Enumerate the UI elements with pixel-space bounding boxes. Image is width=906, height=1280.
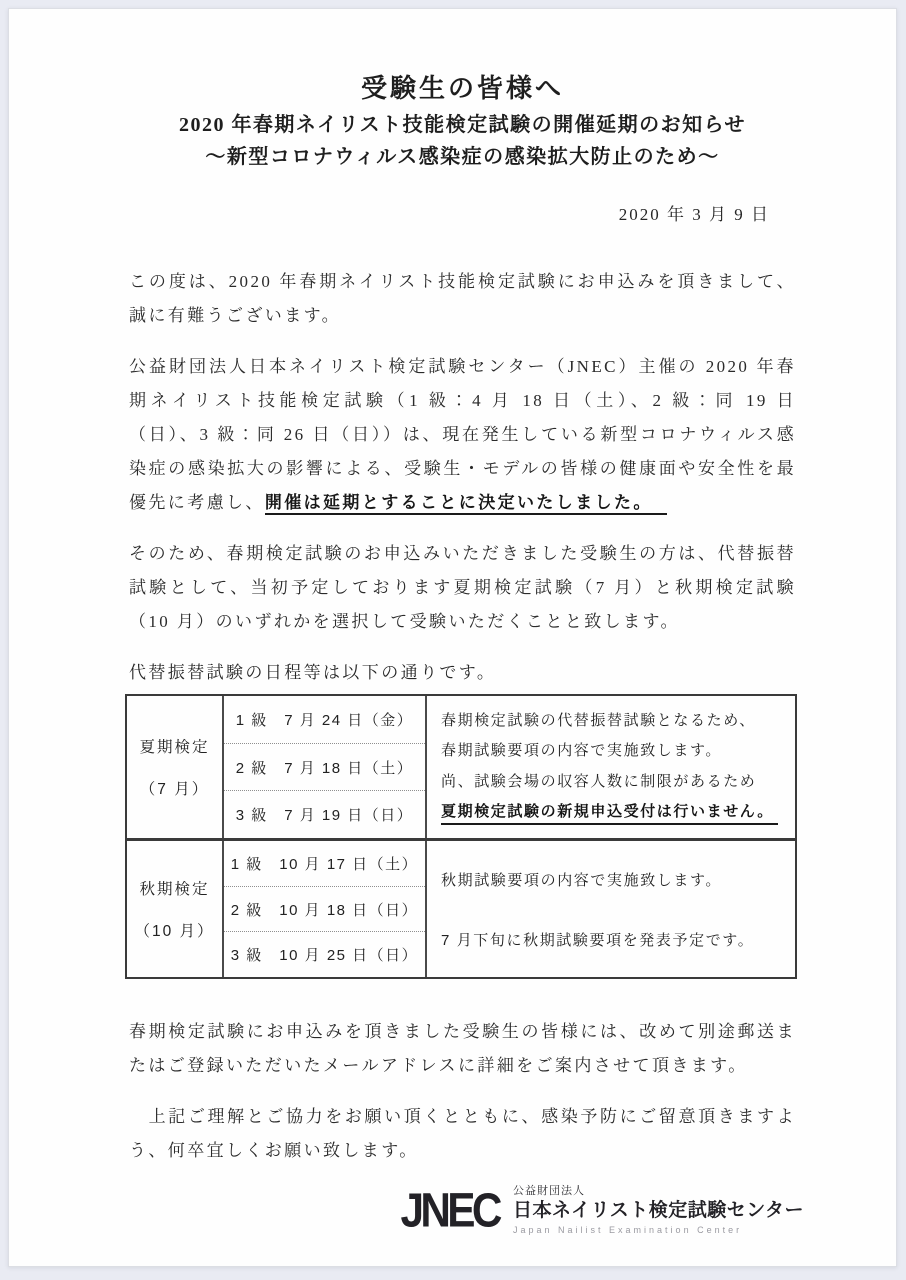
date-cell: 1 級 10 月 17 日（土） (224, 841, 425, 887)
period-cell-summer: 夏期検定 （7 月） (127, 696, 222, 838)
paragraph-alternative: そのため、春期検定試験のお申込みいただきました受験生の方は、代替振替試験として、… (129, 537, 796, 639)
paragraph-postponement-lead: 公益財団法人日本ネイリスト検定試験センター（JNEC）主催の 2020 年春期ネ… (129, 357, 796, 512)
document-content: 受験生の皆様へ 2020 年春期ネイリスト技能検定試験の開催延期のお知らせ ～新… (9, 9, 896, 1236)
schedule-table: 夏期検定 （7 月） 1 級 7 月 24 日（金） 2 級 7 月 18 日（… (125, 694, 797, 979)
period-month: （10 月） (134, 919, 214, 941)
notes-cell-autumn: 秋期試験要項の内容で実施致します。 7 月下旬に秋期試験要項を発表予定です。 (427, 841, 795, 977)
page-title: 受験生の皆様へ (129, 71, 796, 107)
document-date: 2020 年 3 月 9 日 (129, 201, 796, 229)
notes-cell-summer: 春期検定試験の代替振替試験となるため、 春期試験要項の内容で実施致します。 尚、… (427, 696, 795, 838)
org-type-label: 公益財団法人 (513, 1185, 804, 1199)
subtitle-line-2: ～新型コロナウィルス感染症の感染拡大防止のため～ (129, 141, 796, 173)
paragraph-mail-notice: 春期検定試験にお申込みを頂きました受験生の皆様には、改めて別途郵送またはご登録い… (129, 1015, 796, 1083)
period-name: 秋期検定 (139, 877, 209, 899)
org-name-english-label: Japan Nailist Examination Center (513, 1225, 804, 1236)
note-line: 春期検定試験の代替振替試験となるため、 (441, 709, 783, 730)
org-name-label: 日本ネイリスト検定試験センター (513, 1199, 804, 1223)
footer-logo: JNEC 公益財団法人 日本ネイリスト検定試験センター Japan Nailis… (129, 1185, 804, 1236)
period-month: （7 月） (140, 777, 209, 799)
subtitle-line-1: 2020 年春期ネイリスト技能検定試験の開催延期のお知らせ (129, 109, 796, 141)
table-row-summer: 夏期検定 （7 月） 1 級 7 月 24 日（金） 2 級 7 月 18 日（… (127, 696, 795, 838)
period-cell-autumn: 秋期検定 （10 月） (127, 841, 222, 977)
date-cell: 3 級 7 月 19 日（日） (224, 791, 425, 838)
table-row-autumn: 秋期検定 （10 月） 1 級 10 月 17 日（土） 2 級 10 月 18… (127, 838, 795, 977)
date-cell: 1 級 7 月 24 日（金） (224, 696, 425, 744)
document-page: 受験生の皆様へ 2020 年春期ネイリスト技能検定試験の開催延期のお知らせ ～新… (8, 8, 897, 1267)
note-line: 春期試験要項の内容で実施致します。 (441, 739, 783, 760)
note-line: 7 月下旬に秋期試験要項を発表予定です。 (441, 929, 783, 950)
paragraph-greeting: この度は、2020 年春期ネイリスト技能検定試験にお申込みを頂きまして、誠に有難… (129, 265, 796, 333)
paragraph-postponement: 公益財団法人日本ネイリスト検定試験センター（JNEC）主催の 2020 年春期ネ… (129, 350, 796, 520)
postponement-emphasis: 開催は延期とすることに決定いたしました。 (265, 493, 667, 515)
jnec-logo-wordmark: JNEC (401, 1186, 499, 1234)
jnec-logo-text: 公益財団法人 日本ネイリスト検定試験センター Japan Nailist Exa… (513, 1185, 804, 1236)
table-intro: 代替振替試験の日程等は以下の通りです。 (129, 656, 796, 690)
date-cells-summer: 1 級 7 月 24 日（金） 2 級 7 月 18 日（土） 3 級 7 月 … (222, 696, 427, 838)
note-line-emphasis-wrap: 夏期検定試験の新規申込受付は行いません。 (441, 800, 783, 825)
note-line: 秋期試験要項の内容で実施致します。 (441, 869, 783, 890)
date-cell: 2 級 10 月 18 日（日） (224, 887, 425, 933)
date-cell: 3 級 10 月 25 日（日） (224, 932, 425, 977)
note-line: 尚、試験会場の収容人数に制限があるため (441, 770, 783, 791)
date-cells-autumn: 1 級 10 月 17 日（土） 2 級 10 月 18 日（日） 3 級 10… (222, 841, 427, 977)
date-cell: 2 級 7 月 18 日（土） (224, 744, 425, 792)
period-name: 夏期検定 (139, 735, 209, 757)
note-emphasis: 夏期検定試験の新規申込受付は行いません。 (441, 800, 778, 825)
paragraph-closing: 上記ご理解とご協力をお願い頂くとともに、感染予防にご留意頂きますよう、何卒宜しく… (129, 1100, 796, 1168)
